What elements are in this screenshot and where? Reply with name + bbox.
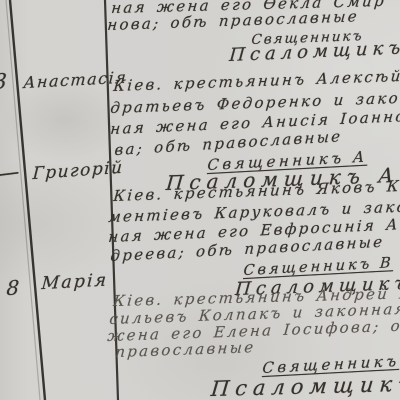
day-number-fragment: 3 xyxy=(0,71,7,93)
psalmist-signature: Псаломщикъ xyxy=(210,374,400,400)
left-rule-shadow xyxy=(6,0,40,400)
entry-name: Марія xyxy=(41,273,109,294)
register-scan-page: 3 — 8 ная жена его Ѳекла Смир нова; обѣ … xyxy=(0,0,400,400)
left-column-rule xyxy=(10,0,45,400)
day-ditto-mark: — xyxy=(0,159,21,186)
day-number-fragment: 8 xyxy=(6,277,20,298)
